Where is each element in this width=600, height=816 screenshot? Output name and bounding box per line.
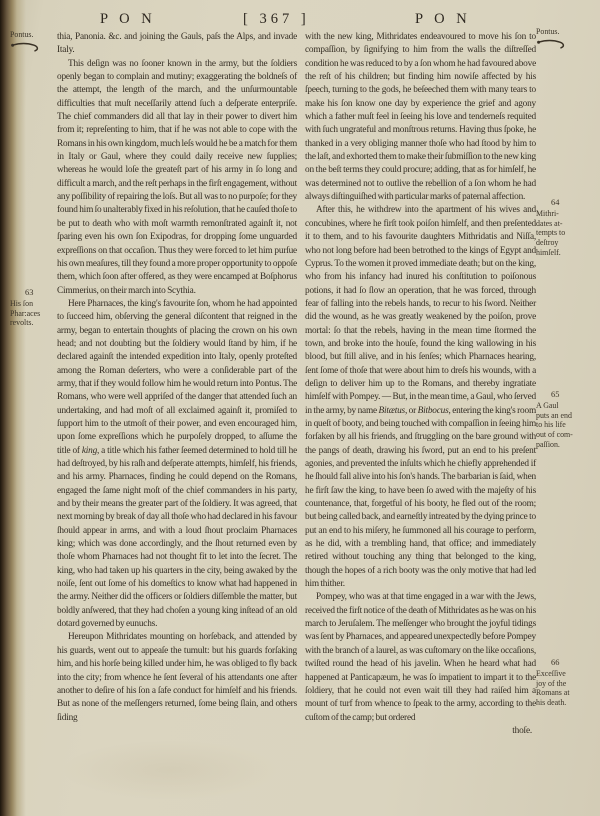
header-title-left: P O N [100, 11, 156, 28]
note-line: to his life [536, 420, 596, 430]
note-line: Mithri- [536, 209, 596, 219]
note-number: 66 [536, 658, 596, 668]
paragraph: with the new king, Mithridates endeavour… [305, 31, 536, 204]
note-line: joy of the [536, 679, 596, 689]
italic-text: king [82, 446, 97, 456]
paragraph: thia, Panonia. &c. and joining the Gauls… [57, 31, 297, 58]
margin-note: Pontus. [536, 27, 596, 50]
note-line: out of com- [536, 430, 596, 440]
book-page: P O N [ 367 ] P O N Pontus.63His ſonPhar… [0, 0, 600, 816]
note-line: Pontus. [536, 27, 596, 37]
right-margin-notes: Pontus.64Mithri-dates at-tempts todeſtro… [536, 0, 596, 816]
margin-note: 64Mithri-dates at-tempts todeſtroyhimſel… [536, 198, 596, 258]
text-run: thia, Panonia. &c. and joining the Gauls… [57, 32, 297, 55]
text-run: After this, he withdrew into the apartme… [305, 205, 536, 415]
italic-text: Bitbocus [418, 406, 449, 416]
text-run: with the new king, Mithridates endeavour… [305, 32, 536, 202]
note-line: paſſion. [536, 440, 596, 450]
header-title-right: P O N [415, 11, 471, 28]
note-line: himſelf. [536, 248, 596, 258]
note-line: Exceſſive [536, 669, 596, 679]
swash-mark-icon [10, 41, 44, 53]
text-run: Here Pharnaces, the king's favourite ſon… [57, 299, 297, 456]
text-run: This deſign was no ſooner known in the a… [57, 59, 297, 296]
italic-text: Bitætus [378, 406, 405, 416]
paragraph: This deſign was no ſooner known in the a… [57, 58, 297, 298]
text-run: , entering the king's room in queſt of b… [305, 406, 536, 589]
note-number: 63 [10, 288, 56, 298]
note-line: Romans at [536, 688, 596, 698]
running-header: P O N [ 367 ] P O N [0, 11, 600, 31]
note-line: deſtroy [536, 238, 596, 248]
note-line: Pontus. [10, 30, 56, 40]
text-run: Hereupon Mithridates mounting on horſeba… [57, 632, 297, 722]
note-line: puts an end [536, 411, 596, 421]
note-line: tempts to [536, 228, 596, 238]
margin-note: 65A Gaulputs an endto his lifeout of com… [536, 390, 596, 450]
text-run: , or [405, 406, 418, 416]
paper-stain [60, 740, 280, 800]
note-number: 65 [536, 390, 596, 400]
left-text-column: thia, Panonia. &c. and joining the Gauls… [57, 31, 297, 725]
note-line: dates at- [536, 219, 596, 229]
right-text-column: with the new king, Mithridates endeavour… [305, 31, 536, 739]
paragraph: After this, he withdrew into the apartme… [305, 204, 536, 591]
note-line: A Gaul [536, 401, 596, 411]
catchword: thoſe. [305, 725, 536, 738]
note-line: revolts. [10, 318, 56, 328]
margin-note: 63His ſonPhar:acesrevolts. [10, 288, 56, 328]
text-run: , a title which his father ſeemed determ… [57, 446, 297, 629]
margin-note: Pontus. [10, 30, 56, 53]
paragraph: Pompey, who was at that time engaged in … [305, 591, 536, 724]
note-line: Phar:aces [10, 309, 56, 319]
left-margin-notes: Pontus.63His ſonPhar:acesrevolts. [10, 0, 56, 816]
note-line: his death. [536, 698, 596, 708]
page-number: [ 367 ] [243, 11, 310, 28]
margin-note: 66Exceſſivejoy of theRomans athis death. [536, 658, 596, 708]
text-run: Pompey, who was at that time engaged in … [305, 592, 536, 722]
paragraph: Here Pharnaces, the king's favourite ſon… [57, 298, 297, 632]
paragraph: Hereupon Mithridates mounting on horſeba… [57, 631, 297, 724]
note-line: His ſon [10, 299, 56, 309]
swash-mark-icon [536, 38, 570, 50]
note-number: 64 [536, 198, 596, 208]
